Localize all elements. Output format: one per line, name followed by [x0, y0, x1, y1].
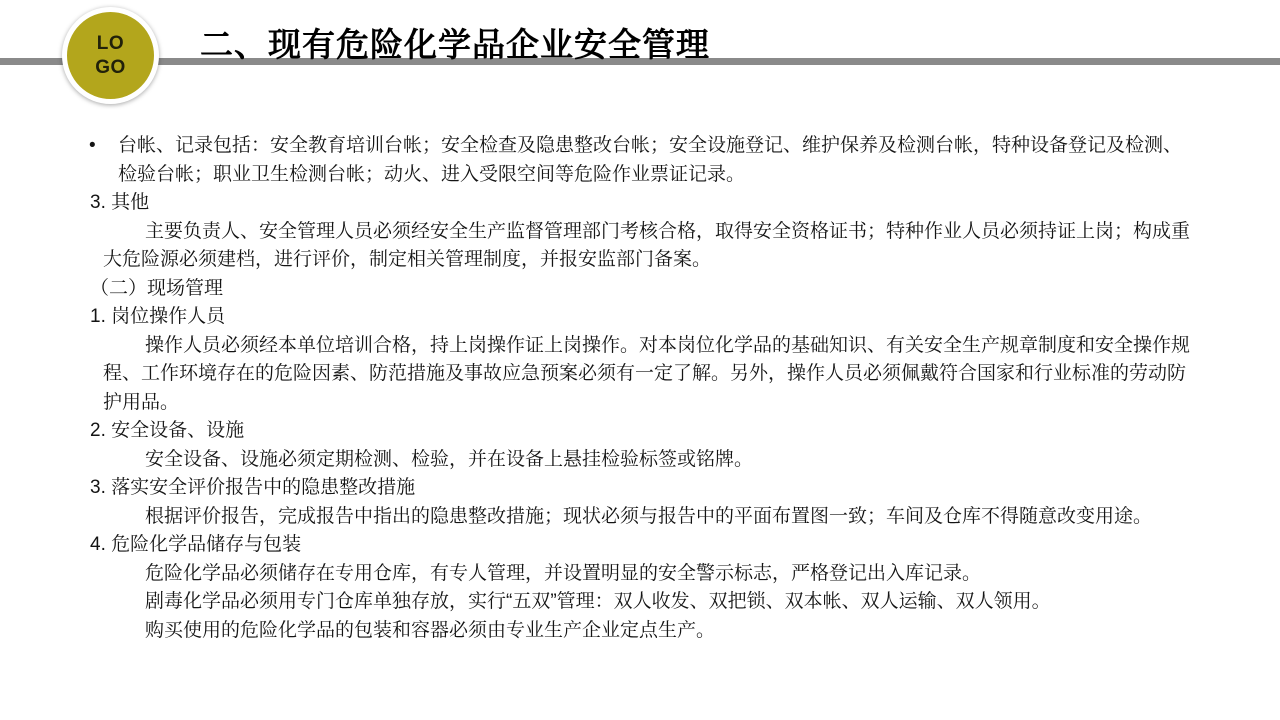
bullet-text: 台帐、记录包括：安全教育培训台帐；安全检查及隐患整改台帐；安全设施登记、维护保养…: [118, 135, 1182, 185]
section-heading: （二）现场管理: [85, 275, 1192, 304]
slide: LO GO 二、现有危险化学品企业安全管理 • 台帐、记录包括：安全教育培训台帐…: [0, 0, 1280, 720]
section-heading: 4. 危险化学品储存与包装: [85, 531, 1192, 560]
bullet-icon: •: [89, 132, 96, 161]
section-heading: 1. 岗位操作人员: [85, 303, 1192, 332]
paragraph: 根据评价报告，完成报告中指出的隐患整改措施；现状必须与报告中的平面布置图一致；车…: [103, 503, 1192, 532]
section-heading: 2. 安全设备、设施: [85, 417, 1192, 446]
logo-text-line2: GO: [95, 56, 126, 80]
paragraph: 操作人员必须经本单位培训合格，持上岗操作证上岗操作。对本岗位化学品的基础知识、有…: [103, 332, 1192, 418]
paragraph: 购买使用的危险化学品的包装和容器必须由专业生产企业定点生产。: [103, 617, 1192, 646]
body-text: • 台帐、记录包括：安全教育培训台帐；安全检查及隐患整改台帐；安全设施登记、维护…: [0, 132, 1280, 645]
paragraph: 危险化学品必须储存在专用仓库，有专人管理，并设置明显的安全警示标志，严格登记出入…: [103, 560, 1192, 589]
page-title: 二、现有危险化学品企业安全管理: [200, 19, 710, 66]
paragraph: 剧毒化学品必须用专门仓库单独存放，实行“五双”管理：双人收发、双把锁、双本帐、双…: [103, 588, 1192, 617]
paragraph: 主要负责人、安全管理人员必须经安全生产监督管理部门考核合格，取得安全资格证书；特…: [103, 218, 1192, 275]
logo-text-line1: LO: [97, 32, 124, 56]
list-item: • 台帐、记录包括：安全教育培训台帐；安全检查及隐患整改台帐；安全设施登记、维护…: [85, 132, 1192, 189]
section-heading: 3. 其他: [85, 189, 1192, 218]
paragraph: 安全设备、设施必须定期检测、检验，并在设备上悬挂检验标签或铭牌。: [103, 446, 1192, 475]
section-heading: 3. 落实安全评价报告中的隐患整改措施: [85, 474, 1192, 503]
logo-badge: LO GO: [62, 7, 159, 104]
